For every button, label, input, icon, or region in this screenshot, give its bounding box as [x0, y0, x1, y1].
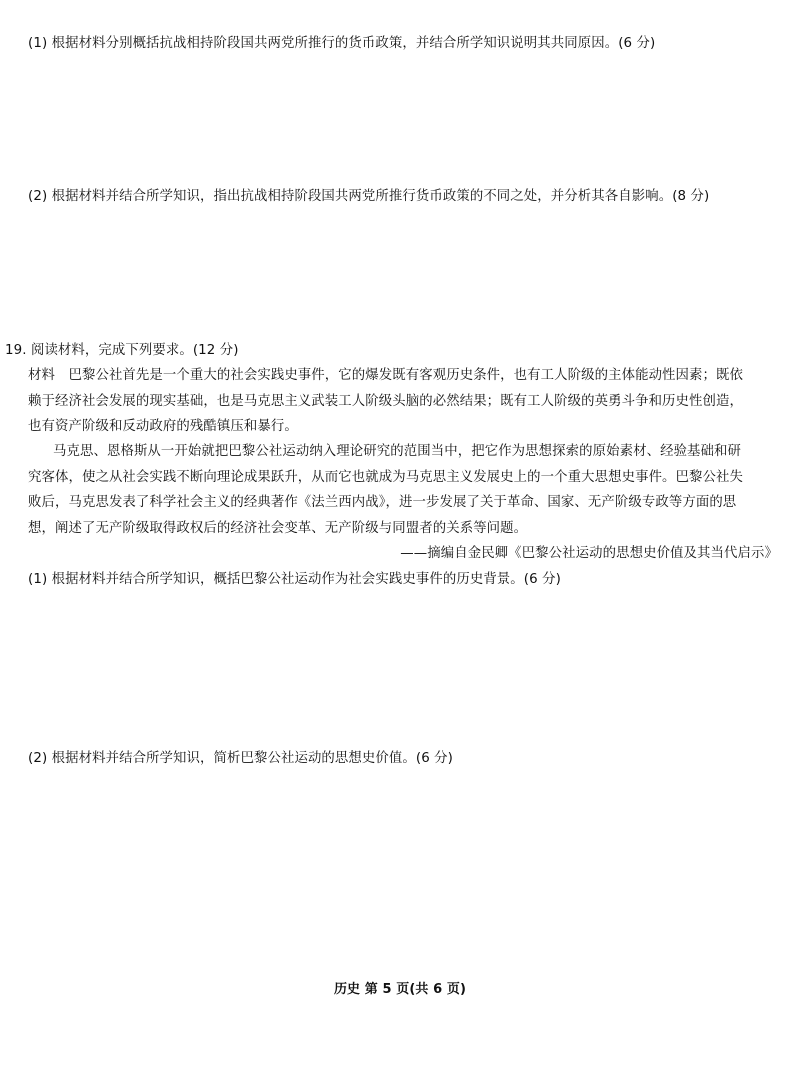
material-line: 败后，马克思发表了科学社会主义的经典著作《法兰西内战》，进一步发展了关于革命、国…: [28, 494, 736, 512]
material-attribution: ——摘编自金民卿《巴黎公社运动的思想史价值及其当代启示》: [400, 545, 778, 563]
question-19-part-2: (2) 根据材料并结合所学知识，简析巴黎公社运动的思想史价值。(6 分): [28, 750, 453, 768]
material-line: 究客体，使之从社会实践不断向理论成果跃升，从而它也就成为马克思主义发展史上的一个…: [28, 469, 743, 487]
question-18-part-2: (2) 根据材料并结合所学知识，指出抗战相持阶段国共两党所推行货币政策的不同之处…: [28, 188, 709, 206]
question-19-heading: 19. 阅读材料，完成下列要求。(12 分): [5, 342, 239, 360]
material-line: 马克思、恩格斯从一开始就把巴黎公社运动纳入理论研究的范围当中，把它作为思想探索的…: [53, 443, 741, 461]
material-line: 赖于经济社会发展的现实基础，也是马克思主义武装工人阶级头脑的必然结果；既有工人阶…: [28, 393, 743, 411]
question-18-part-1: (1) 根据材料分别概括抗战相持阶段国共两党所推行的货币政策，并结合所学知识说明…: [28, 35, 655, 53]
material-line: 也有资产阶级和反动政府的残酷镇压和暴行。: [28, 418, 298, 436]
material-line: 材料 巴黎公社首先是一个重大的社会实践史事件，它的爆发既有客观历史条件，也有工人…: [28, 367, 743, 385]
material-line: 想，阐述了无产阶级取得政权后的经济社会变革、无产阶级与同盟者的关系等问题。: [28, 520, 527, 538]
page-footer: 历史 第 5 页(共 6 页): [0, 981, 800, 999]
question-19-part-1: (1) 根据材料并结合所学知识，概括巴黎公社运动作为社会实践史事件的历史背景。(…: [28, 571, 561, 589]
